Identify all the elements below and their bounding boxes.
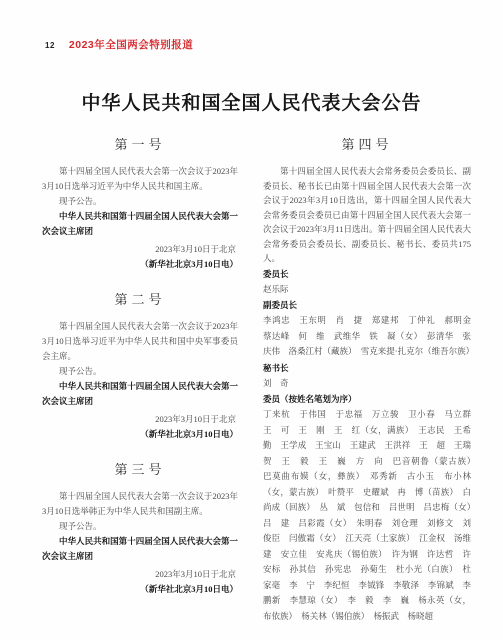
role-names-secretary-general: 刘 奇 <box>263 376 471 392</box>
article-columns: 第一号 第十四届全国人民代表大会第一次会议于2023年3月10日选举习近平为中华… <box>42 128 471 624</box>
page-number: 12 <box>45 41 55 50</box>
announcement-no1-notice: 现予公告。 <box>42 194 238 209</box>
column-left: 第一号 第十四届全国人民代表大会第一次会议于2023年3月10日选举习近平为中华… <box>42 128 238 624</box>
role-names-chairman: 赵乐际 <box>263 282 471 298</box>
announcement-no3-date: 2023年3月10日于北京 <box>42 566 236 582</box>
announcement-no1-source: （新华社北京3月10日电） <box>42 257 238 272</box>
announcement-no4-body: 第十四届全国人民代表大会常务委员会委员长、副委员长、秘书长已由第十四届全国人民代… <box>263 164 471 266</box>
column-right: 第四号 第十四届全国人民代表大会常务委员会委员长、副委员长、秘书长已由第十四届全… <box>263 128 471 624</box>
role-names-vice-chairmen: 李鸿忠 王东明 肖 捷 郑建邦 丁仲礼 郝明金 蔡达峰 何 维 武维华 铁 凝（… <box>263 313 471 360</box>
announcement-no3-body: 第十四届全国人民代表大会第一次会议于2023年3月10日选举韩正为中华人民共和国… <box>42 489 238 519</box>
announcement-no1-body: 第十四届全国人民代表大会第一次会议于2023年3月10日选举习近平为中华人民共和… <box>42 164 238 194</box>
role-title-chairman: 委员长 <box>263 267 471 282</box>
role-title-secretary-general: 秘书长 <box>263 361 471 376</box>
members-list: 丁来杭 于伟国 于忠福 万立骏 卫小春 马立群 王 可 王 刚 王 红（女，满族… <box>263 407 471 624</box>
page-header: 12 2023年全国两会特别报道 <box>45 37 470 52</box>
announcement-no2-heading: 第二号 <box>42 289 238 308</box>
announcement-no1-heading: 第一号 <box>42 134 238 153</box>
announcement-no3-heading: 第三号 <box>42 459 238 478</box>
announcement-no3-signature: 中华人民共和国第十四届全国人民代表大会第一次会议主席团 <box>42 534 238 564</box>
announcement-no3-source: （新华社北京3月10日电） <box>42 582 238 597</box>
page-title: 中华人民共和国全国人民代表大会公告 <box>0 88 503 115</box>
announcement-no2-notice: 现予公告。 <box>42 364 238 379</box>
section-header-label: 2023年全国两会特别报道 <box>69 37 193 52</box>
announcement-no2-source: （新华社北京3月10日电） <box>42 427 238 442</box>
announcement-no2-date: 2023年3月10日于北京 <box>42 411 236 427</box>
announcement-no4-heading: 第四号 <box>263 134 471 153</box>
announcement-no2-signature: 中华人民共和国第十四届全国人民代表大会第一次会议主席团 <box>42 379 238 409</box>
role-title-vice-chairmen: 副委员长 <box>263 298 471 313</box>
announcement-no4: 第四号 第十四届全国人民代表大会常务委员会委员长、副委员长、秘书长已由第十四届全… <box>263 134 471 624</box>
announcement-no3-notice: 现予公告。 <box>42 519 238 534</box>
announcement-no2: 第二号 第十四届全国人民代表大会第一次会议于2023年3月10日选举习近平为中华… <box>42 289 238 442</box>
newspaper-page: 12 2023年全国两会特别报道 中华人民共和国全国人民代表大会公告 第一号 第… <box>0 0 503 640</box>
announcement-no3: 第三号 第十四届全国人民代表大会第一次会议于2023年3月10日选举韩正为中华人… <box>42 459 238 597</box>
announcement-no1: 第一号 第十四届全国人民代表大会第一次会议于2023年3月10日选举习近平为中华… <box>42 134 238 272</box>
announcement-no1-date: 2023年3月10日于北京 <box>42 241 236 257</box>
announcement-no2-body: 第十四届全国人民代表大会第一次会议于2023年3月10日选举习近平为中华人民共和… <box>42 319 238 364</box>
announcement-no1-signature: 中华人民共和国第十四届全国人民代表大会第一次会议主席团 <box>42 209 238 239</box>
members-heading: 委员（按姓名笔划为序） <box>263 392 471 407</box>
